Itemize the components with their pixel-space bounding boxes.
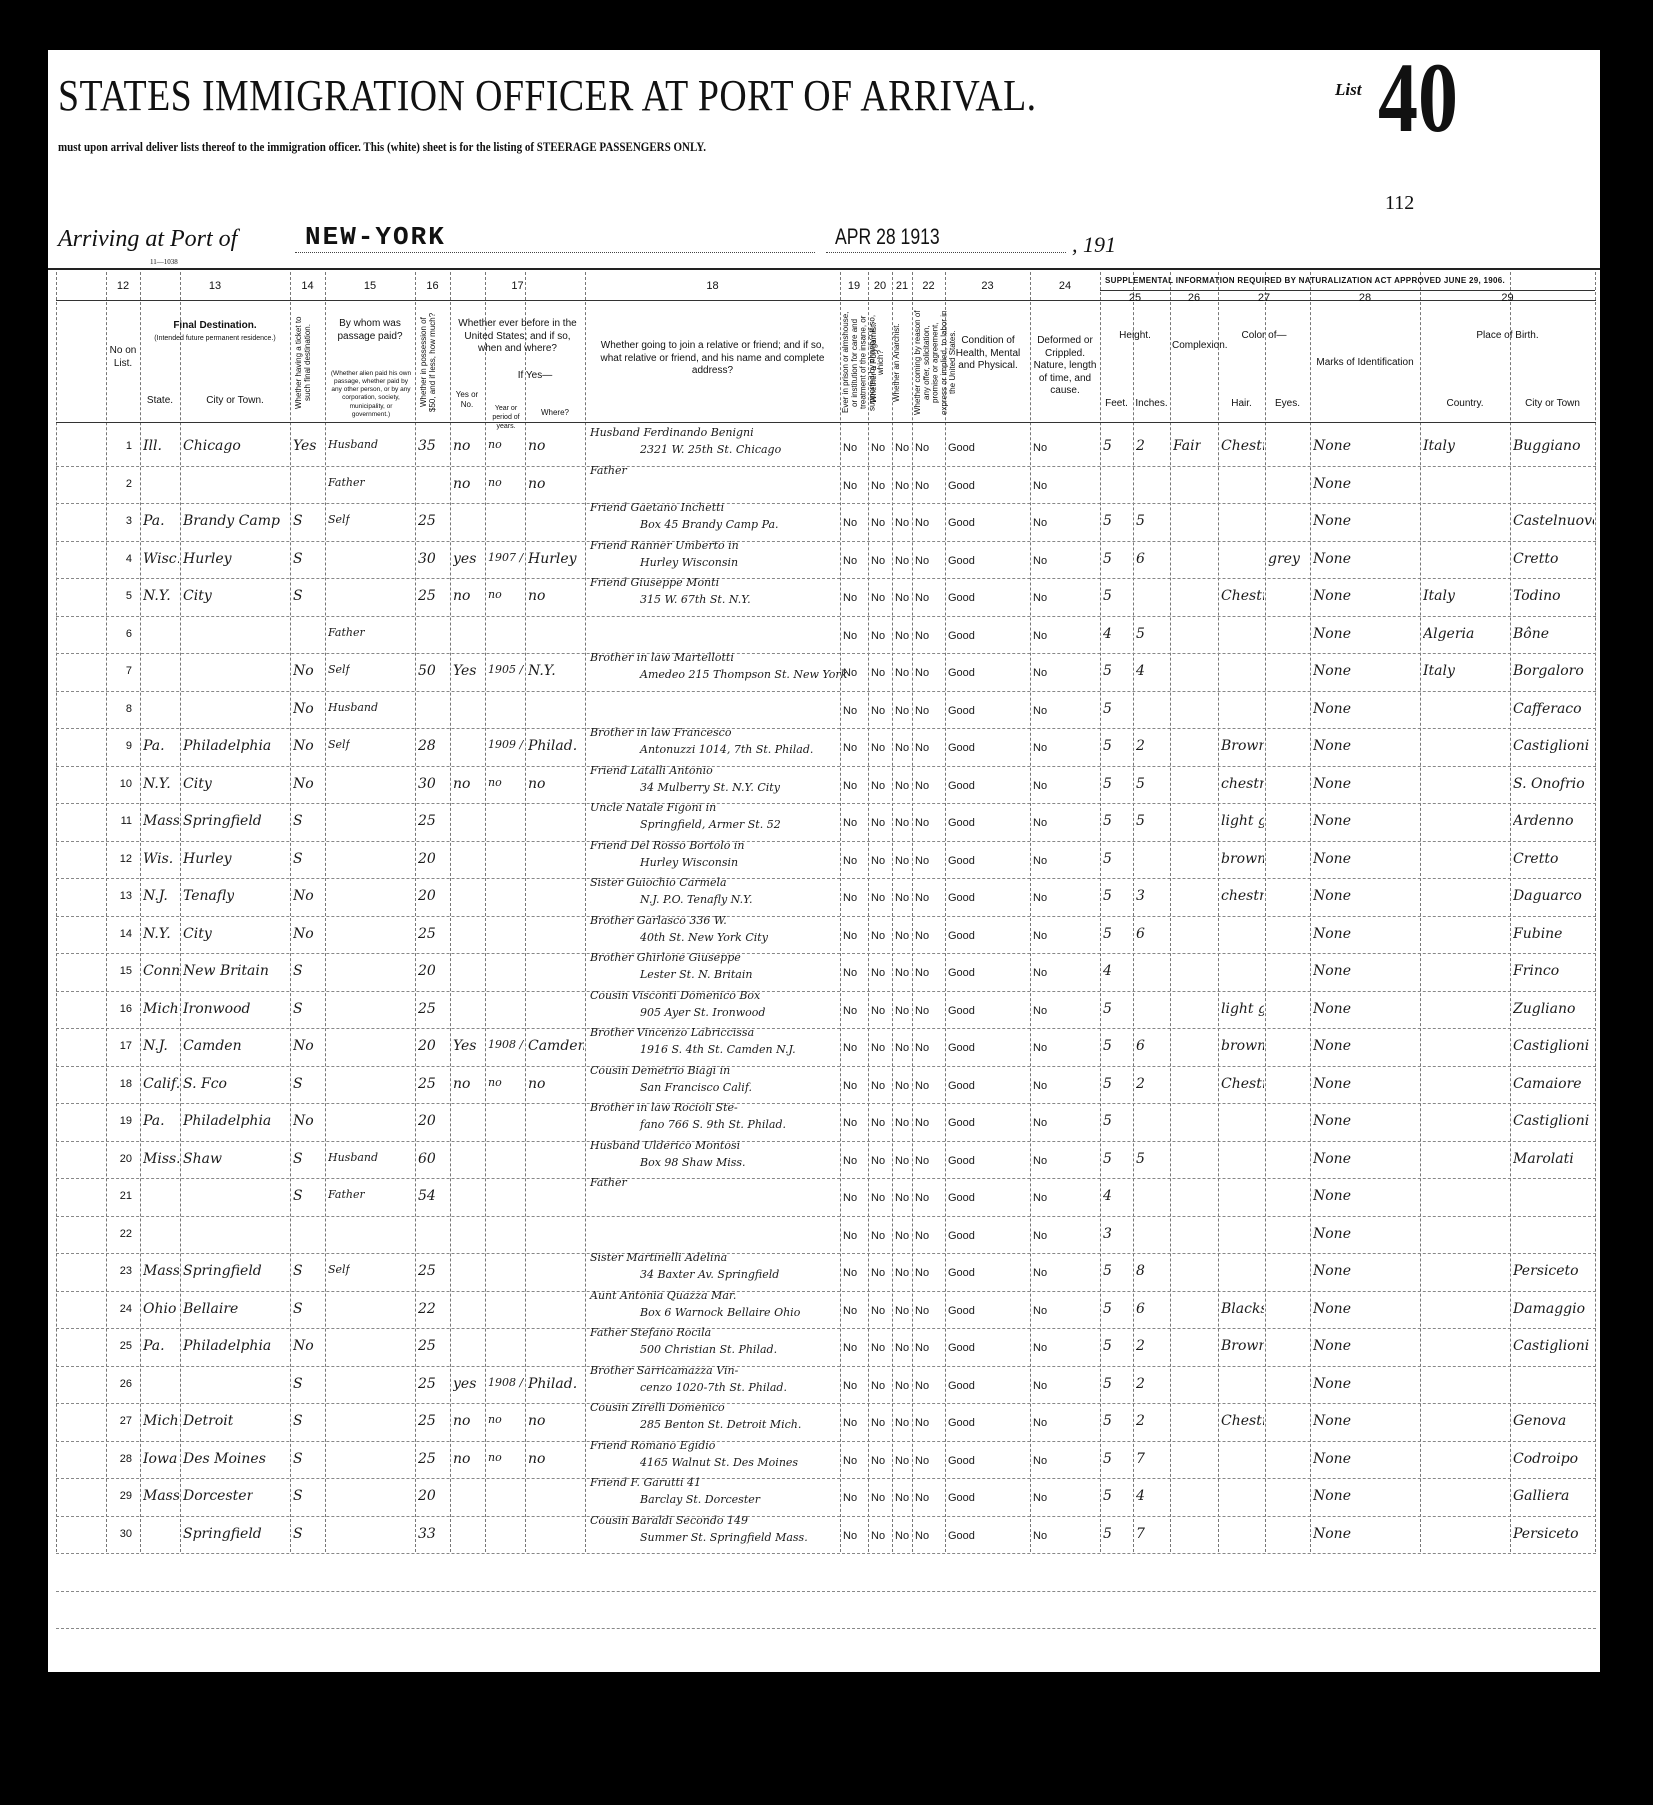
cell-q20: No	[871, 967, 885, 979]
cell-hair: light grey	[1221, 1001, 1264, 1017]
cell-feet: 5	[1103, 813, 1112, 829]
cell-country: Italy	[1423, 588, 1455, 604]
cell-q19: No	[843, 592, 857, 604]
row-number: 26	[112, 1378, 132, 1390]
cell-ticket: S	[293, 1526, 303, 1542]
cell-q20: No	[871, 817, 885, 829]
cell-money: 28	[418, 738, 436, 754]
cell-feet: 5	[1103, 1076, 1112, 1092]
cell-q20: No	[871, 892, 885, 904]
cell-q20: No	[871, 1455, 885, 1467]
cell-ticket: S	[293, 1451, 303, 1467]
cell-relative-address: Hurley Wisconsin	[640, 556, 738, 569]
cell-marks: None	[1313, 1413, 1351, 1429]
cell-money: 25	[418, 588, 436, 604]
cell-inches: 5	[1136, 626, 1145, 642]
cell-feet: 3	[1103, 1226, 1112, 1242]
cell-q20: No	[871, 780, 885, 792]
cell-ticket: S	[293, 588, 303, 604]
row-divider	[56, 1291, 1596, 1292]
cell-state: Ohio	[143, 1301, 176, 1317]
cell-feet: 5	[1103, 851, 1112, 867]
cell-feet: 5	[1103, 1451, 1112, 1467]
cell-ticket: S	[293, 1263, 303, 1279]
header-no-on-list: No on List.	[108, 345, 138, 370]
cell-deformed: No	[1033, 555, 1047, 567]
cell-year: 1909 / 1911	[488, 738, 524, 751]
cell-where: Philad.	[528, 738, 577, 754]
row-divider	[56, 991, 1596, 992]
cell-q20: No	[871, 930, 885, 942]
row-number: 18	[112, 1078, 132, 1090]
row-divider	[56, 878, 1596, 879]
cell-city: Chicago	[183, 438, 241, 454]
cell-yes-no: no	[453, 476, 470, 492]
cell-relative-name: Friend F. Garutti 41	[590, 1476, 701, 1489]
cell-state: Pa.	[143, 1113, 165, 1129]
row-divider	[56, 1366, 1596, 1367]
cell-health: Good	[948, 892, 975, 904]
cell-ticket: S	[293, 1151, 303, 1167]
cell-inches: 7	[1136, 1451, 1145, 1467]
cell-relative-name: Sister Martinelli Adelina	[590, 1251, 727, 1264]
year-prefix: , 191	[1072, 232, 1116, 258]
cell-relative-name: Husband Ulderico Montosi	[590, 1139, 740, 1152]
row-divider	[56, 653, 1596, 654]
cell-yes-no: no	[453, 1413, 470, 1429]
cell-relative-address: San Francisco Calif.	[640, 1081, 752, 1094]
cell-yes-no: yes	[453, 551, 476, 567]
cell-feet: 5	[1103, 738, 1112, 754]
cell-q20: No	[871, 1492, 885, 1504]
cell-q20: No	[871, 1005, 885, 1017]
cell-health: Good	[948, 1492, 975, 1504]
header-inches: Inches.	[1133, 398, 1170, 411]
cell-ticket: No	[293, 926, 314, 942]
cell-deformed: No	[1033, 630, 1047, 642]
cell-inches: 4	[1136, 663, 1145, 679]
cell-state: N.J.	[143, 1038, 168, 1054]
cell-q19: No	[843, 1230, 857, 1242]
cell-birth-city: Persiceto	[1513, 1526, 1579, 1542]
cell-birth-city: Cretto	[1513, 551, 1558, 567]
cell-city: Springfield	[183, 1263, 262, 1279]
header-fifty-dollars: Whether in possession of $50, and if les…	[420, 310, 445, 415]
cell-marks: None	[1313, 1113, 1351, 1129]
cell-money: 30	[418, 551, 436, 567]
cell-q22: No	[915, 1005, 929, 1017]
cell-relative-address: fano 766 S. 9th St. Philad.	[640, 1118, 786, 1131]
cell-hair: Chestnut	[1221, 1413, 1264, 1429]
cell-relative-name: Aunt Antonia Quazza Mar.	[590, 1289, 736, 1302]
cell-deformed: No	[1033, 1230, 1047, 1242]
cell-ticket: No	[293, 1113, 314, 1129]
cell-q20: No	[871, 705, 885, 717]
cell-q21: No	[895, 1380, 909, 1392]
date-underline	[826, 252, 1066, 253]
cell-relative-address: 315 W. 67th St. N.Y.	[640, 593, 751, 606]
cell-ticket: S	[293, 851, 303, 867]
cell-city: S. Fco	[183, 1076, 227, 1092]
cell-ticket: S	[293, 551, 303, 567]
header-final-destination: Final Destination.	[142, 320, 288, 333]
cell-money: 25	[418, 1263, 436, 1279]
cell-q20: No	[871, 855, 885, 867]
column-divider	[485, 272, 486, 1552]
row-number: 16	[112, 1003, 132, 1015]
cell-hair: light grey	[1221, 813, 1264, 829]
cell-money: 20	[418, 1113, 436, 1129]
column-number: 22	[912, 280, 945, 292]
cell-inches: 2	[1136, 438, 1145, 454]
cell-money: 20	[418, 1488, 436, 1504]
cell-deformed: No	[1033, 1492, 1047, 1504]
cell-yes-no: no	[453, 1451, 470, 1467]
cell-feet: 5	[1103, 513, 1112, 529]
cell-relative-name: Brother Sarricamazza Vin-	[590, 1364, 738, 1377]
cell-q22: No	[915, 667, 929, 679]
arriving-label: Arriving at Port of	[58, 226, 237, 253]
cell-ticket: S	[293, 513, 303, 529]
cell-deformed: No	[1033, 780, 1047, 792]
column-number: 24	[1030, 280, 1100, 292]
cell-birth-city: Ardenno	[1513, 813, 1574, 829]
cell-state: Pa.	[143, 513, 165, 529]
cell-q19: No	[843, 930, 857, 942]
header-marks: Marks of Identification	[1312, 357, 1418, 370]
cell-q19: No	[843, 1005, 857, 1017]
cell-relative-name: Husband Ferdinando Benigni	[590, 426, 754, 439]
cell-q22: No	[915, 592, 929, 604]
cell-hair: browns	[1221, 851, 1264, 867]
cell-marks: None	[1313, 476, 1351, 492]
cell-city: Hurley	[183, 551, 232, 567]
cell-hair: Blacks	[1221, 1301, 1264, 1317]
row-number: 5	[112, 590, 132, 602]
row-divider	[56, 1328, 1596, 1329]
cell-city: Ironwood	[183, 1001, 250, 1017]
cell-q20: No	[871, 1230, 885, 1242]
cell-state: Mich.	[143, 1413, 179, 1429]
cell-q21: No	[895, 1455, 909, 1467]
cell-q21: No	[895, 1192, 909, 1204]
cell-inches: 2	[1136, 738, 1145, 754]
cell-city: Brandy Camp	[183, 513, 280, 529]
cell-q22: No	[915, 1417, 929, 1429]
row-number: 17	[112, 1040, 132, 1052]
cell-marks: None	[1313, 738, 1351, 754]
cell-year: no	[488, 1413, 502, 1426]
cell-q20: No	[871, 592, 885, 604]
cell-relative-address: Summer St. Springfield Mass.	[640, 1531, 808, 1544]
row-number: 30	[112, 1528, 132, 1540]
cell-marks: None	[1313, 888, 1351, 904]
header-country: Country.	[1420, 398, 1510, 411]
cell-relative-address: 40th St. New York City	[640, 931, 768, 944]
cell-country: Italy	[1423, 438, 1455, 454]
cell-where: N.Y.	[528, 663, 556, 679]
cell-state: Wisc.	[143, 551, 179, 567]
column-number: 25	[1100, 292, 1170, 304]
cell-q21: No	[895, 555, 909, 567]
cell-money: 22	[418, 1301, 436, 1317]
cell-marks: None	[1313, 701, 1351, 717]
cell-deformed: No	[1033, 1305, 1047, 1317]
cell-health: Good	[948, 1230, 975, 1242]
header-yes-or-no: Yes or No.	[452, 390, 482, 410]
cell-relative-name: Friend Ranner Umberto in	[590, 539, 739, 552]
cell-birth-city: Daguarco	[1513, 888, 1582, 904]
row-number: 7	[112, 665, 132, 677]
cell-q21: No	[895, 667, 909, 679]
cell-deformed: No	[1033, 442, 1047, 454]
cell-deformed: No	[1033, 705, 1047, 717]
cell-q20: No	[871, 667, 885, 679]
cell-money: 25	[418, 1376, 436, 1392]
row-divider	[56, 1478, 1596, 1479]
cell-ticket: No	[293, 1338, 314, 1354]
header-deformed: Deformed or Crippled. Nature, length of …	[1032, 335, 1098, 398]
cell-state: Mass.	[143, 813, 179, 829]
cell-inches: 5	[1136, 776, 1145, 792]
cell-q21: No	[895, 1080, 909, 1092]
cell-q22: No	[915, 1117, 929, 1129]
cell-state: Wis.	[143, 851, 173, 867]
cell-health: Good	[948, 780, 975, 792]
cell-state: N.Y.	[143, 776, 171, 792]
column-number: 18	[585, 280, 840, 292]
cell-inches: 6	[1136, 1038, 1145, 1054]
column-divider	[912, 272, 913, 1552]
cell-relative-name: Friend Giuseppe Monti	[590, 576, 719, 589]
cell-q19: No	[843, 1192, 857, 1204]
cell-deformed: No	[1033, 742, 1047, 754]
cell-relative-name: Friend Romano Egidio	[590, 1439, 715, 1452]
cell-ticket: S	[293, 1413, 303, 1429]
row-divider	[56, 1441, 1596, 1442]
cell-q21: No	[895, 1417, 909, 1429]
cell-yes-no: no	[453, 776, 470, 792]
row-divider	[56, 1178, 1596, 1179]
cell-birth-city: Bône	[1513, 626, 1549, 642]
cell-deformed: No	[1033, 1192, 1047, 1204]
cell-year: no	[488, 438, 502, 451]
row-divider	[56, 1403, 1596, 1404]
cell-relative-address: Box 45 Brandy Camp Pa.	[640, 518, 779, 531]
cell-money: 25	[418, 1451, 436, 1467]
cell-ticket: No	[293, 663, 314, 679]
cell-marks: None	[1313, 776, 1351, 792]
cell-year: 1905 / 1910	[488, 663, 524, 676]
column-divider	[180, 272, 181, 1552]
cell-q21: No	[895, 1042, 909, 1054]
cell-marks: None	[1313, 1526, 1351, 1542]
cell-deformed: No	[1033, 1117, 1047, 1129]
cell-q19: No	[843, 742, 857, 754]
cell-hair: Chestnut	[1221, 1076, 1264, 1092]
cell-marks: None	[1313, 1001, 1351, 1017]
row-number: 12	[112, 853, 132, 865]
row-divider	[56, 1066, 1596, 1067]
cell-country: Italy	[1423, 663, 1455, 679]
cell-yes-no: yes	[453, 1376, 476, 1392]
cell-year: 1907 / 1911	[488, 551, 524, 564]
cell-feet: 5	[1103, 1151, 1112, 1167]
cell-health: Good	[948, 630, 975, 642]
cell-yes-no: no	[453, 438, 470, 454]
cell-q22: No	[915, 742, 929, 754]
cell-city: City	[183, 926, 212, 942]
cell-birth-city: Todino	[1513, 588, 1561, 604]
cell-q19: No	[843, 517, 857, 529]
row-divider	[56, 728, 1596, 729]
cell-marks: None	[1313, 588, 1351, 604]
row-number: 2	[112, 478, 132, 490]
cell-health: Good	[948, 1380, 975, 1392]
row-number: 14	[112, 928, 132, 940]
cell-q21: No	[895, 1305, 909, 1317]
header-final-destination-note: (Intended future permanent residence.)	[150, 335, 280, 344]
cell-deformed: No	[1033, 1342, 1047, 1354]
cell-marks: None	[1313, 551, 1351, 567]
row-number: 15	[112, 965, 132, 977]
cell-paid-by: Self	[328, 513, 350, 526]
row-number: 4	[112, 553, 132, 565]
cell-state: Mass.	[143, 1488, 179, 1504]
column-number: 21	[892, 280, 912, 292]
cell-ticket: S	[293, 1188, 303, 1204]
cell-deformed: No	[1033, 1455, 1047, 1467]
cell-q20: No	[871, 1080, 885, 1092]
row-number: 1	[112, 440, 132, 452]
row-divider	[56, 578, 1596, 579]
cell-q19: No	[843, 705, 857, 717]
cell-q19: No	[843, 1267, 857, 1279]
cell-state: Calif.	[143, 1076, 179, 1092]
cell-money: 25	[418, 1076, 436, 1092]
cell-q21: No	[895, 742, 909, 754]
cell-birth-city: Castiglioni	[1513, 1113, 1589, 1129]
cell-feet: 5	[1103, 1338, 1112, 1354]
page-number: 112	[1385, 192, 1414, 215]
cell-paid-by: Husband	[328, 438, 378, 451]
cell-marks: None	[1313, 926, 1351, 942]
cell-relative-name: Uncle Natale Figoni in	[590, 801, 716, 814]
cell-feet: 5	[1103, 776, 1112, 792]
cell-q21: No	[895, 892, 909, 904]
cell-state: Miss.	[143, 1151, 179, 1167]
header-if-yes: If Yes—	[487, 370, 583, 383]
cell-feet: 5	[1103, 926, 1112, 942]
cell-relative-name: Friend Latalli Antonio	[590, 764, 713, 777]
row-divider	[56, 841, 1596, 842]
cell-ticket: S	[293, 963, 303, 979]
cell-q22: No	[915, 892, 929, 904]
cell-feet: 5	[1103, 701, 1112, 717]
cell-money: 25	[418, 1413, 436, 1429]
cell-marks: None	[1313, 1301, 1351, 1317]
cell-ticket: S	[293, 1301, 303, 1317]
column-number: 20	[868, 280, 892, 292]
column-divider	[1030, 272, 1031, 1552]
cell-paid-by: Husband	[328, 1151, 378, 1164]
arrival-date-stamp: APR 28 1913	[835, 224, 940, 250]
cell-q20: No	[871, 517, 885, 529]
cell-city: City	[183, 588, 212, 604]
cell-q19: No	[843, 967, 857, 979]
cell-marks: None	[1313, 1076, 1351, 1092]
cell-q21: No	[895, 967, 909, 979]
column-number: 23	[945, 280, 1030, 292]
cell-q19: No	[843, 1305, 857, 1317]
cell-city: Shaw	[183, 1151, 222, 1167]
column-divider	[140, 272, 141, 1552]
cell-inches: 2	[1136, 1376, 1145, 1392]
cell-deformed: No	[1033, 1080, 1047, 1092]
list-label: List	[1335, 80, 1361, 100]
cell-where: no	[528, 1076, 545, 1092]
cell-q20: No	[871, 1192, 885, 1204]
header-eyes: Eyes.	[1265, 398, 1310, 411]
cell-q19: No	[843, 892, 857, 904]
header-feet: Feet.	[1100, 398, 1133, 411]
cell-birth-city: Frinco	[1513, 963, 1559, 979]
cell-q19: No	[843, 780, 857, 792]
column-divider	[1218, 272, 1219, 1552]
row-divider	[56, 1253, 1596, 1254]
port-underline	[295, 252, 815, 253]
cell-inches: 5	[1136, 1151, 1145, 1167]
column-divider	[56, 272, 57, 1552]
cell-health: Good	[948, 1042, 975, 1054]
cell-where: Hurley	[528, 551, 577, 567]
cell-ticket: S	[293, 1001, 303, 1017]
cell-deformed: No	[1033, 817, 1047, 829]
cell-city: Camden	[183, 1038, 242, 1054]
cell-birth-city: Fubine	[1513, 926, 1562, 942]
cell-inches: 4	[1136, 1488, 1145, 1504]
cell-city: Detroit	[183, 1413, 233, 1429]
cell-money: 25	[418, 813, 436, 829]
row-number: 19	[112, 1115, 132, 1127]
row-number: 13	[112, 890, 132, 902]
cell-yes-no: Yes	[453, 663, 477, 679]
cell-q20: No	[871, 1305, 885, 1317]
cell-q21: No	[895, 1267, 909, 1279]
cell-relative-name: Father	[590, 464, 627, 477]
cell-birth-city: Buggiano	[1513, 438, 1581, 454]
header-color-of: Color of—	[1220, 330, 1308, 343]
column-number: 19	[840, 280, 868, 292]
column-number: 26	[1170, 292, 1218, 304]
cell-deformed: No	[1033, 1005, 1047, 1017]
cell-complexion: Fair	[1173, 438, 1201, 454]
cell-year: no	[488, 1076, 502, 1089]
cell-feet: 5	[1103, 663, 1112, 679]
cell-q19: No	[843, 1155, 857, 1167]
cell-feet: 5	[1103, 588, 1112, 604]
column-number: 16	[415, 280, 450, 292]
cell-state: Conn.	[143, 963, 179, 979]
cell-q21: No	[895, 592, 909, 604]
cell-deformed: No	[1033, 1380, 1047, 1392]
row-divider	[56, 541, 1596, 542]
cell-health: Good	[948, 1117, 975, 1129]
cell-marks: None	[1313, 1226, 1351, 1242]
cell-q20: No	[871, 630, 885, 642]
header-prison: Ever in prison or almshouse, or institut…	[842, 310, 866, 415]
cell-relative-address: 2321 W. 25th St. Chicago	[640, 443, 781, 456]
